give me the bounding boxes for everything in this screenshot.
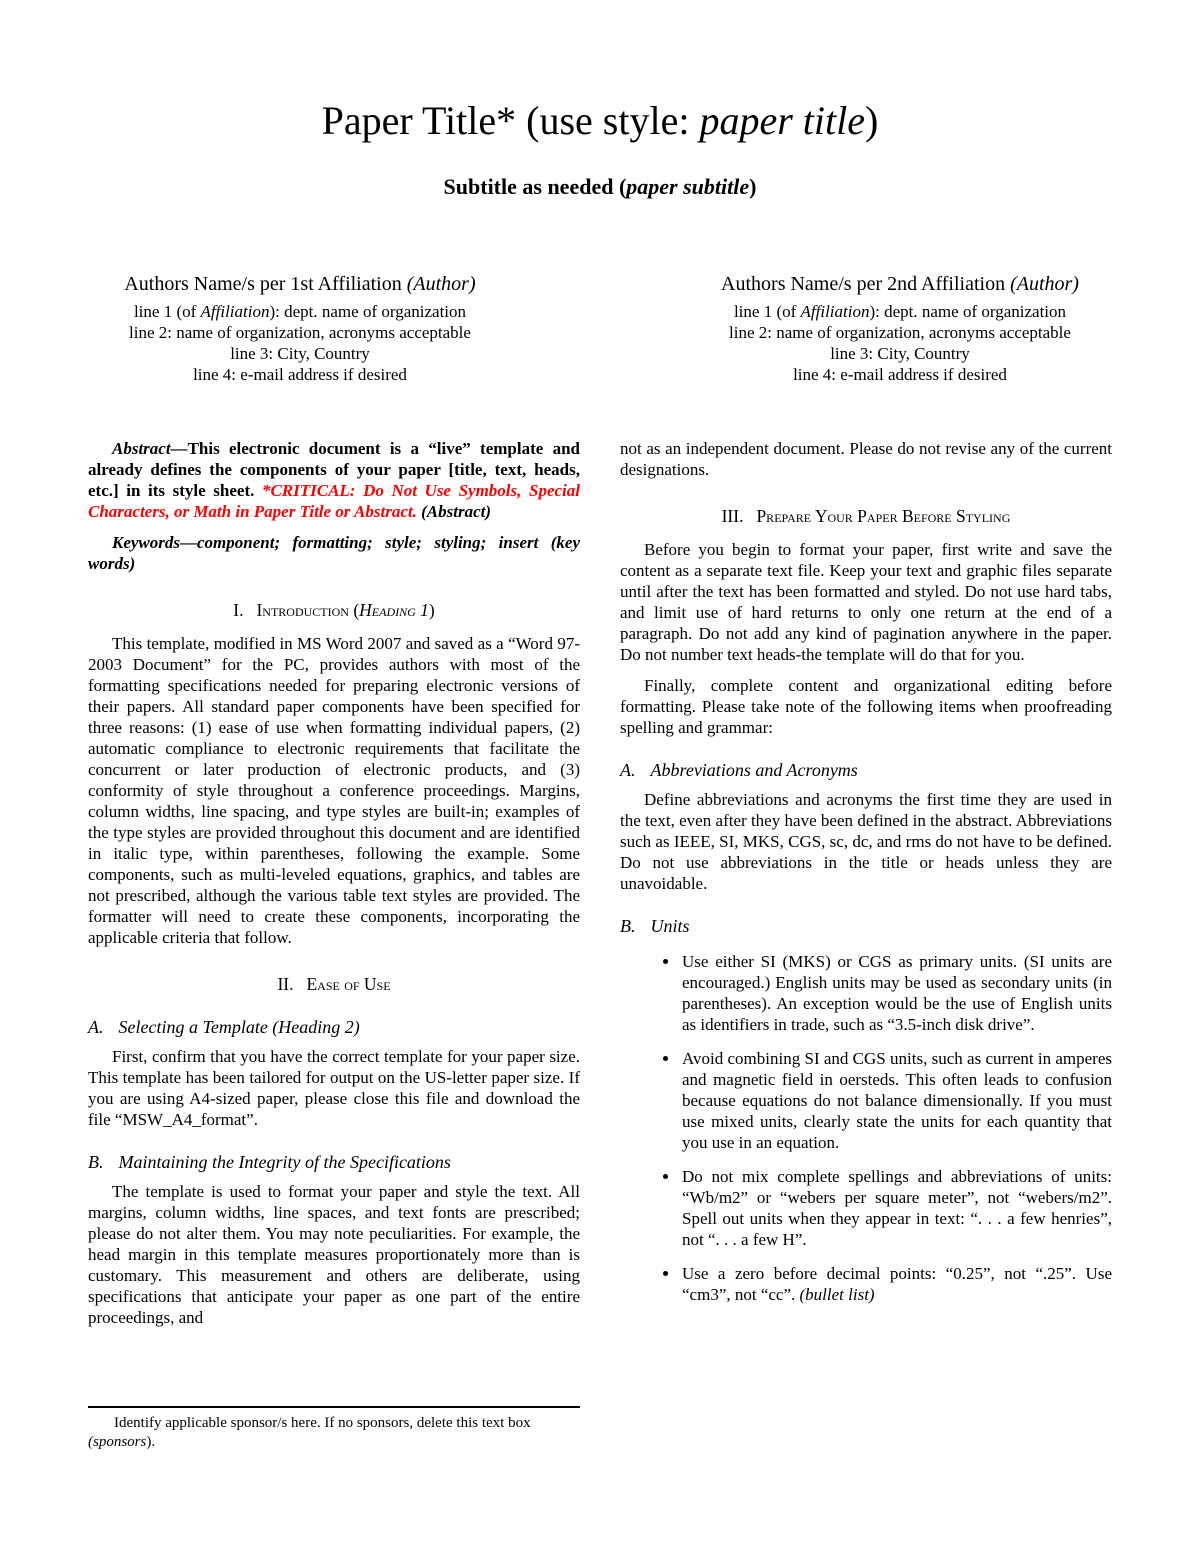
continued-paragraph: not as an independent document. Please d… — [620, 438, 1112, 480]
sponsor-footnote-suffix: ). — [146, 1434, 155, 1450]
units-bullet-4: Use a zero before decimal points: “0.25”… — [680, 1263, 1112, 1305]
subsection-letter-b-right: B. — [620, 916, 636, 936]
author-2-name-text: Authors Name/s per 2nd Affiliation — [721, 273, 1010, 295]
subsection-letter-a: A. — [88, 1017, 104, 1037]
paper-title-close: ) — [865, 98, 878, 143]
subsection-heading-selecting-template: A.Selecting a Template (Heading 2) — [88, 1017, 580, 1038]
paper-page: Paper Title* (use style: paper title) Su… — [0, 0, 1200, 1553]
section-heading-prepare-paper: III.Prepare Your Paper Before Styling — [620, 506, 1112, 527]
column-right: not as an independent document. Please d… — [620, 438, 1112, 1318]
section-number-3: III. — [722, 506, 744, 526]
section-heading-ease-of-use: II.Ease of Use — [88, 974, 580, 995]
maintaining-integrity-paragraph: The template is used to format your pape… — [88, 1181, 580, 1328]
paper-title-style-ref: paper title — [699, 98, 865, 143]
section-heading-introduction: I.Introduction (Heading 1) — [88, 600, 580, 621]
paper-subtitle-close: ) — [749, 174, 756, 199]
abstract-label: Abstract— — [112, 439, 188, 458]
section-title-introduction: Introduction ( — [256, 600, 359, 620]
author-2-line1-style-ref: Affiliation — [801, 302, 870, 321]
authors-row: Authors Name/s per 1st Affiliation (Auth… — [0, 272, 1200, 385]
paper-subtitle: Subtitle as needed (paper subtitle) — [0, 174, 1200, 200]
sponsor-footnote: Identify applicable sponsor/s here. If n… — [88, 1406, 580, 1452]
subsection-title-abbreviations: Abbreviations and Acronyms — [651, 760, 858, 780]
prepare-paragraph-2: Finally, complete content and organizati… — [620, 675, 1112, 738]
subsection-title-maintaining-integrity: Maintaining the Integrity of the Specifi… — [119, 1152, 451, 1172]
author-1-line1-style-ref: Affiliation — [201, 302, 270, 321]
paper-title-text: Paper Title* (use style: — [322, 98, 700, 143]
author-1-name: Authors Name/s per 1st Affiliation (Auth… — [0, 272, 600, 296]
units-bullet-4-text: Use a zero before decimal points: “0.25”… — [682, 1264, 1112, 1304]
author-1-line3: line 3: City, Country — [0, 343, 600, 364]
paper-subtitle-style-ref: paper subtitle — [626, 174, 749, 199]
abbreviations-paragraph: Define abbreviations and acronyms the fi… — [620, 789, 1112, 894]
author-2-line1-post: ): dept. name of organization — [869, 302, 1066, 321]
abstract-style-tag: (Abstract) — [417, 502, 491, 521]
subsection-heading-units: B.Units — [620, 916, 1112, 937]
abstract-paragraph: Abstract—This electronic document is a “… — [88, 438, 580, 522]
section-title-ease-of-use: Ease of Use — [306, 974, 390, 994]
units-bullet-4-style-ref: (bullet list) — [800, 1285, 875, 1304]
section-title-prepare-paper: Prepare Your Paper Before Styling — [756, 506, 1010, 526]
section-style-ref-heading1: Heading 1 — [359, 600, 429, 620]
prepare-paragraph-1: Before you begin to format your paper, f… — [620, 539, 1112, 665]
author-2-line4: line 4: e-mail address if desired — [600, 364, 1200, 385]
author-2-line2: line 2: name of organization, acronyms a… — [600, 322, 1200, 343]
author-block-1: Authors Name/s per 1st Affiliation (Auth… — [0, 272, 600, 385]
subsection-title-selecting-template: Selecting a Template (Heading 2) — [119, 1017, 360, 1037]
author-2-name-style-ref: (Author) — [1010, 273, 1079, 295]
sponsor-footnote-body: Identify applicable sponsor/s here. If n… — [114, 1415, 531, 1431]
author-2-line3: line 3: City, Country — [600, 343, 1200, 364]
sponsor-footnote-style-ref: (sponsors — [88, 1434, 146, 1450]
author-1-line1-post: ): dept. name of organization — [269, 302, 466, 321]
units-bullet-2: Avoid combining SI and CGS units, such a… — [680, 1048, 1112, 1153]
subsection-letter-a-right: A. — [620, 760, 636, 780]
section-title-close: ) — [429, 600, 435, 620]
subsection-heading-maintaining-integrity: B.Maintaining the Integrity of the Speci… — [88, 1152, 580, 1173]
author-1-name-style-ref: (Author) — [407, 273, 476, 295]
sponsor-footnote-text: Identify applicable sponsor/s here. If n… — [88, 1414, 580, 1452]
units-bullet-3: Do not mix complete spellings and abbrev… — [680, 1166, 1112, 1250]
paper-title: Paper Title* (use style: paper title) — [0, 96, 1200, 146]
section-number-2: II. — [277, 974, 293, 994]
units-bullet-list: Use either SI (MKS) or CGS as primary un… — [620, 951, 1112, 1305]
author-2-line1: line 1 (of Affiliation): dept. name of o… — [600, 301, 1200, 322]
author-2-name: Authors Name/s per 2nd Affiliation (Auth… — [600, 272, 1200, 296]
author-block-2: Authors Name/s per 2nd Affiliation (Auth… — [600, 272, 1200, 385]
author-1-line1-pre: line 1 (of — [134, 302, 201, 321]
section-number-1: I. — [233, 600, 243, 620]
column-left: Abstract—This electronic document is a “… — [88, 438, 580, 1338]
units-bullet-1: Use either SI (MKS) or CGS as primary un… — [680, 951, 1112, 1035]
author-1-line4: line 4: e-mail address if desired — [0, 364, 600, 385]
keywords-paragraph: Keywords—component; formatting; style; s… — [88, 532, 580, 574]
subsection-title-units: Units — [651, 916, 690, 936]
author-1-line2: line 2: name of organization, acronyms a… — [0, 322, 600, 343]
paper-subtitle-text: Subtitle as needed ( — [444, 174, 627, 199]
author-1-line1: line 1 (of Affiliation): dept. name of o… — [0, 301, 600, 322]
subsection-letter-b: B. — [88, 1152, 104, 1172]
author-1-name-text: Authors Name/s per 1st Affiliation — [124, 273, 406, 295]
introduction-paragraph: This template, modified in MS Word 2007 … — [88, 633, 580, 948]
subsection-heading-abbreviations: A.Abbreviations and Acronyms — [620, 760, 1112, 781]
selecting-template-paragraph: First, confirm that you have the correct… — [88, 1046, 580, 1130]
author-2-line1-pre: line 1 (of — [734, 302, 801, 321]
